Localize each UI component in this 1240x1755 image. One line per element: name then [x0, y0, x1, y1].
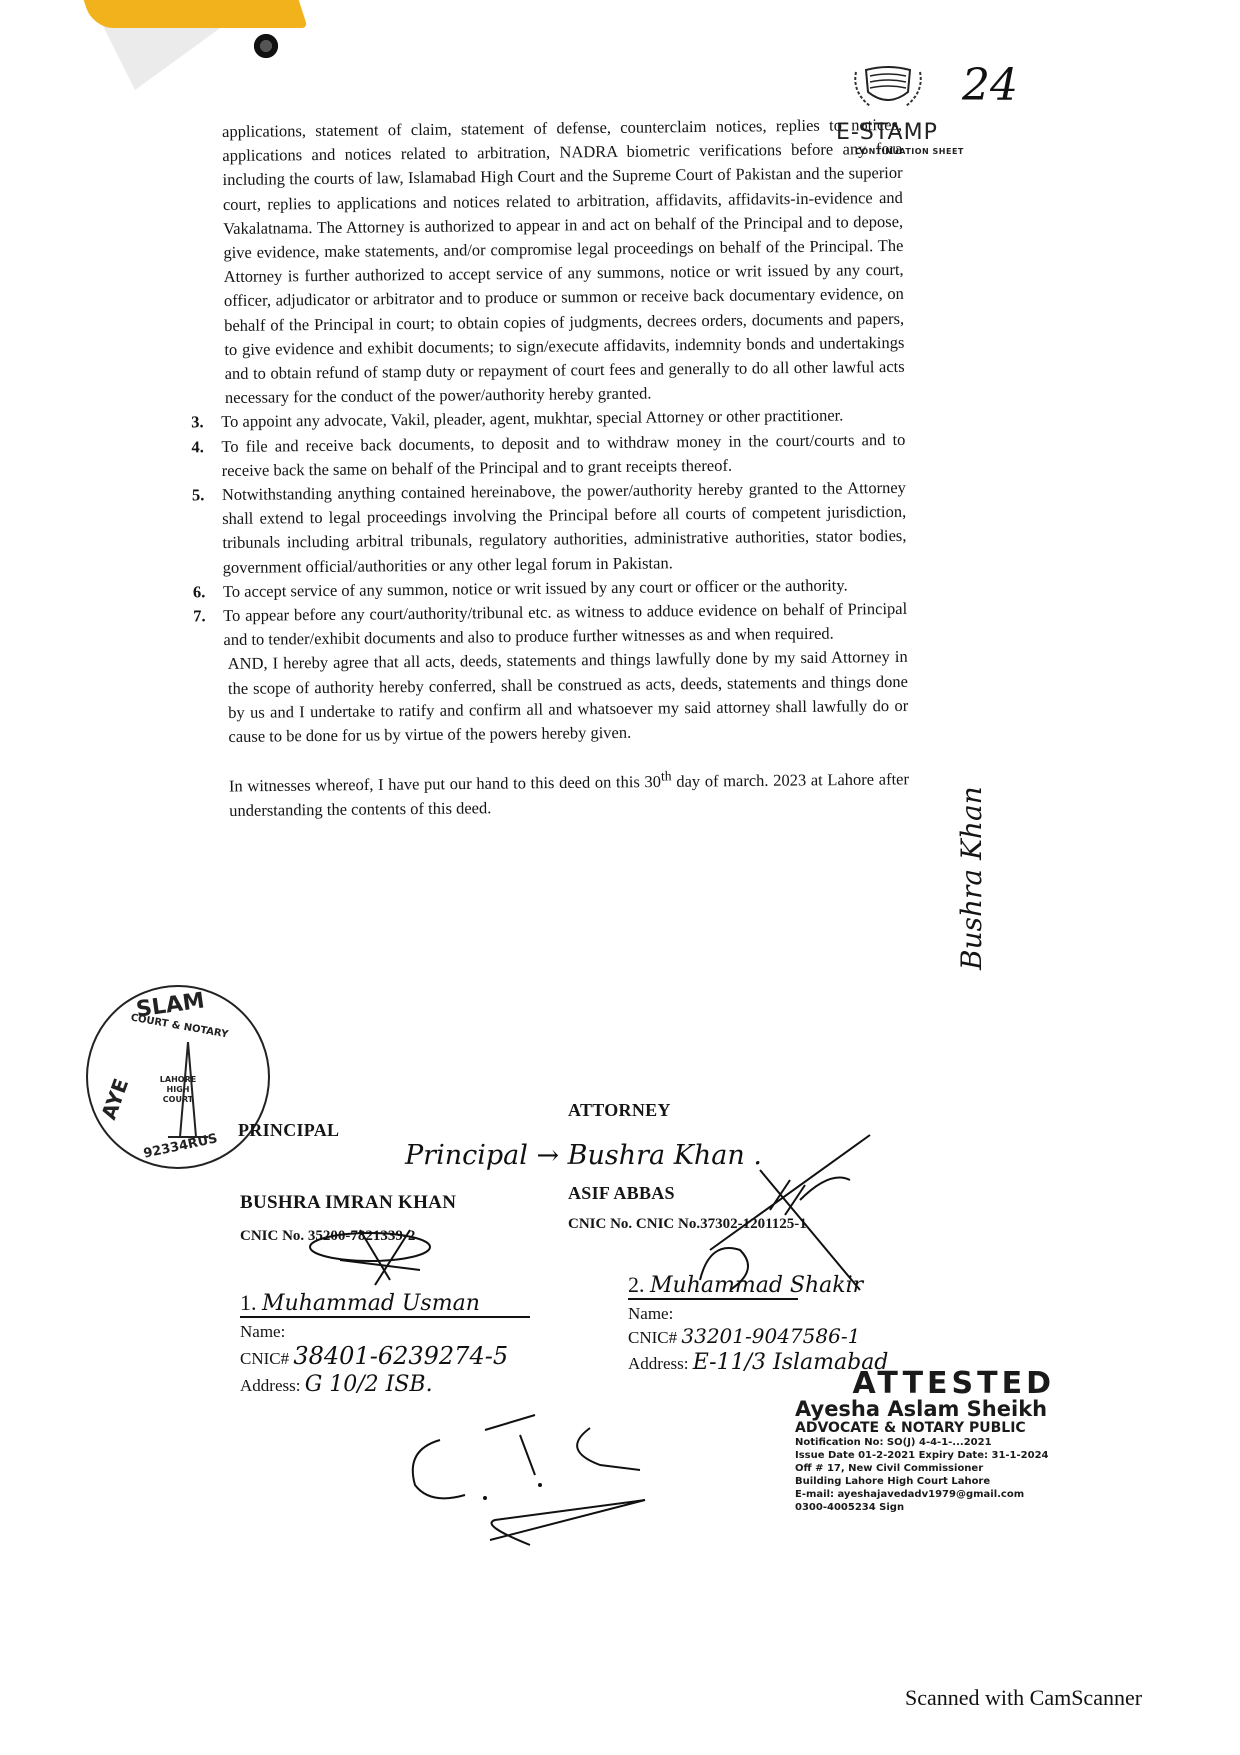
witness-1-address: G 10/2 ISB. — [305, 1372, 433, 1397]
clause-item: 7.To appear before any court/authority/t… — [227, 597, 907, 653]
notary-detail-line: Building Lahore High Court Lahore — [795, 1475, 1065, 1488]
witness-1-signature: Muhammad Usman — [262, 1291, 480, 1316]
witness-clause: In witnesses whereof, I have put our han… — [229, 762, 910, 823]
attested-title: ATTESTED — [795, 1370, 1065, 1398]
clause-text: To file and receive back documents, to d… — [221, 428, 905, 484]
pen-nib-emblem-icon — [158, 1042, 218, 1142]
witness-1-block: 1. Muhammad Usman Name: CNIC# 38401-6239… — [240, 1290, 530, 1397]
witness-1-cnic: 38401-6239274-5 — [293, 1342, 508, 1370]
principal-name: BUSHRA IMRAN KHAN — [240, 1192, 456, 1214]
page-number: 24 — [962, 60, 1018, 111]
camscanner-watermark: Scanned with CamScanner — [905, 1685, 1142, 1711]
intro-paragraph: applications, statement of claim, statem… — [222, 113, 905, 411]
clause-number: 5. — [192, 483, 223, 580]
clause-number: 6. — [193, 580, 223, 605]
principal-label: PRINCIPAL — [238, 1120, 339, 1141]
notary-name: Ayesha Aslam Sheikh — [795, 1398, 1065, 1420]
notary-detail-line: Notification No: SO(J) 4-4-1-...2021 — [795, 1436, 1065, 1449]
numbered-clauses: 3.To appoint any advocate, Vakil, pleade… — [225, 403, 907, 652]
clause-number: 7. — [193, 604, 224, 653]
witness-2-cnic: 33201-9047586-1 — [681, 1324, 860, 1348]
attestation-stamp: ATTESTED Ayesha Aslam Sheikh ADVOCATE & … — [795, 1370, 1065, 1514]
notary-detail-line: Off # 17, New Civil Commissioner — [795, 1462, 1065, 1475]
yellow-paper-corner — [77, 0, 308, 28]
clause-item: 4.To file and receive back documents, to… — [225, 428, 905, 484]
agreement-paragraph: AND, I hereby agree that all acts, deeds… — [228, 645, 909, 749]
witness-2-block: 2. Muhammad Shakir Name: CNIC# 33201-904… — [628, 1272, 888, 1375]
witness-2-signature: Muhammad Shakir — [650, 1273, 863, 1298]
clause-text: To appear before any court/authority/tri… — [223, 597, 907, 653]
attorney-label: ATTORNEY — [568, 1100, 671, 1121]
deed-body: applications, statement of claim, statem… — [222, 113, 909, 823]
notary-details: Notification No: SO(J) 4-4-1-...2021Issu… — [795, 1436, 1065, 1514]
notary-detail-line: 0300-4005234 Sign — [795, 1501, 1065, 1514]
ctc-handwritten-mark — [400, 1410, 640, 1540]
notary-role: ADVOCATE & NOTARY PUBLIC — [795, 1420, 1065, 1436]
clause-item: 5.Notwithstanding anything contained her… — [226, 476, 907, 580]
margin-signature: Bushra Khan — [955, 786, 988, 970]
clause-text: Notwithstanding anything contained herei… — [222, 476, 907, 580]
clause-number: 3. — [191, 410, 221, 435]
notary-round-stamp: SLAM COURT & NOTARY LAHORE HIGH COURT AY… — [86, 985, 270, 1169]
principal-signature — [300, 1225, 450, 1295]
government-emblem-icon — [848, 62, 928, 112]
clause-number: 4. — [191, 435, 222, 484]
attorney-name: ASIF ABBAS — [568, 1183, 675, 1204]
ink-blot-mark — [252, 32, 280, 60]
notary-detail-line: Issue Date 01-2-2021 Expiry Date: 31-1-2… — [795, 1449, 1065, 1462]
notary-detail-line: E-mail: ayeshajavedadv1979@gmail.com — [795, 1488, 1065, 1501]
